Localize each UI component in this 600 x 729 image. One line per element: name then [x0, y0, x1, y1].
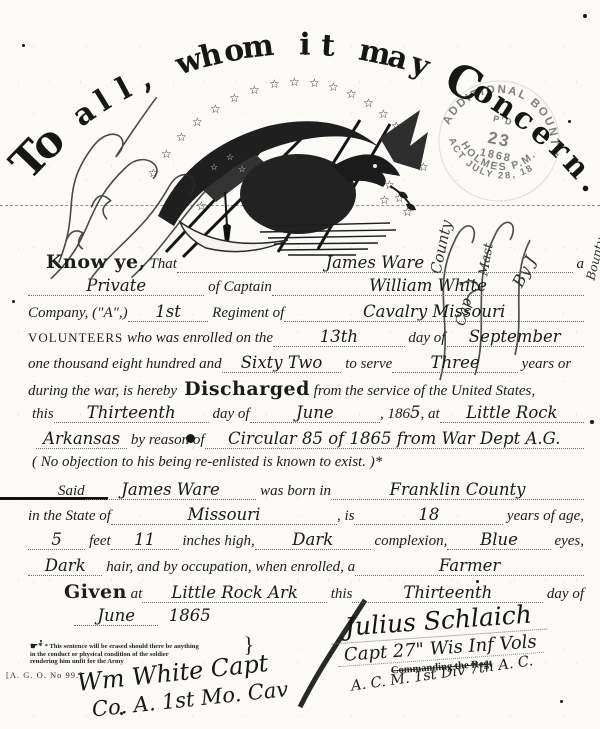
footnote-line3: rendering him unfit for the Army: [30, 658, 124, 665]
document-line: SaidJames Ware was born inFranklin Count…: [28, 480, 584, 505]
printed-text: by reason of: [127, 432, 204, 449]
printed-text: this: [327, 586, 352, 603]
printed-text: Regiment of: [208, 305, 284, 322]
document-line: thisThirteenth day ofJune, 1865, atLittl…: [28, 403, 584, 428]
printed-text: years of age,: [503, 508, 584, 525]
handwritten-text: Sixty Two: [222, 353, 342, 373]
printed-text: Know ye,: [46, 251, 146, 273]
printed-text: complexion,: [371, 533, 448, 550]
title-char: ,: [133, 61, 157, 97]
handwritten-text: 5: [28, 530, 85, 550]
pointing-hand-icon: ☛*: [30, 643, 43, 651]
printed-text: Discharged: [177, 378, 310, 400]
printed-text: to serve: [341, 356, 392, 373]
printed-text: this: [32, 406, 54, 423]
handwritten-text: Farmer: [355, 556, 584, 576]
footnote-brace: }: [243, 641, 254, 649]
paper-speck: [560, 700, 563, 703]
printed-text: was born in: [256, 483, 331, 500]
document-line: Know ye, ThatJames Ware a: [28, 251, 584, 276]
form-number: [A. G. O. No 99.]: [6, 670, 83, 680]
document-line: in the State ofMissouri, is18 years of a…: [28, 505, 584, 530]
document-line: one thousand eight hundred andSixty Two …: [28, 353, 584, 378]
printed-text: during the war, is hereby: [28, 383, 177, 400]
handwritten-text: Franklin County: [331, 480, 584, 500]
body-lines: Know ye, ThatJames Ware aPrivate of Capt…: [28, 251, 584, 632]
printed-text: , is: [337, 508, 355, 525]
handwritten-text: 1st: [128, 302, 209, 322]
title-char: i: [299, 27, 311, 62]
printed-text: in the State of: [28, 508, 111, 525]
document-line: Company, ("A",)1st Regiment ofCavalry Mi…: [28, 302, 584, 327]
printed-text: one thousand eight hundred and: [28, 356, 222, 373]
printed-text: from the service of the United States,: [310, 383, 535, 400]
handwritten-text: 11: [111, 530, 179, 550]
handwritten-text: William White: [272, 276, 584, 296]
document-page: To all, whom it may Concern. ☆☆☆☆☆☆☆☆☆☆☆…: [0, 0, 600, 729]
printed-text: of Captain: [204, 279, 272, 296]
paper-speck: [590, 420, 594, 424]
printed-text: a: [573, 256, 584, 273]
handwritten-text: Cavalry Missouri: [284, 302, 584, 322]
printed-text: day of: [209, 406, 250, 423]
title-char: l: [110, 71, 137, 107]
handwritten-text: June: [250, 403, 380, 423]
title-char: t: [320, 28, 336, 64]
document-line: 5 feet11 inches high,Dark complexion,Blu…: [28, 530, 584, 555]
printed-text: at: [127, 586, 142, 603]
title-char: y: [406, 45, 434, 84]
handwritten-text: Three: [392, 353, 518, 373]
document-line: ( No objection to his being re-enlisted …: [28, 454, 584, 479]
document-line: VOLUNTEERS who was enrolled on the13th d…: [28, 327, 584, 352]
handwritten-text: Thirteenth: [54, 403, 209, 423]
handwritten-text: Dark: [28, 556, 102, 576]
printed-text: ( No objection to his being re-enlisted …: [32, 454, 382, 471]
printed-text: , 186: [380, 406, 410, 423]
printed-text: Given: [64, 581, 127, 603]
handwritten-text: 5: [410, 403, 421, 422]
handwritten-text: 18: [354, 505, 503, 525]
printed-text: VOLUNTEERS: [28, 330, 123, 346]
handwritten-text: Little Rock: [440, 403, 584, 423]
printed-text: , at: [420, 406, 439, 423]
printed-text: years or: [518, 356, 571, 373]
document-line: Arkansas by reason ofCircular 85 of 1865…: [28, 429, 584, 454]
printed-text: feet: [85, 533, 110, 550]
paper-speck: [12, 300, 15, 303]
printed-text: Said: [58, 483, 85, 500]
handwritten-text: Arkansas: [36, 429, 127, 449]
handwritten-text: Circular 85 of 1865 from War Dept A.G.: [205, 429, 584, 449]
footnote-line1: * This sentence will be erased should th…: [45, 643, 199, 650]
printed-text: eyes,: [551, 533, 584, 550]
printed-text: That: [146, 256, 177, 273]
footnote-line2: in the conduct or physical condition of …: [30, 651, 169, 658]
handwritten-text: James Ware: [85, 480, 257, 500]
document-line: during the war, is hereby Discharged fro…: [28, 378, 584, 403]
arched-title: To all, whom it may Concern.: [0, 0, 600, 240]
document-line: Private of CaptainWilliam White: [28, 276, 584, 301]
printed-text: inches high,: [179, 533, 255, 550]
printed-text: day of: [405, 330, 446, 347]
handwritten-text: 1865: [158, 606, 210, 625]
document-line: Dark hair, and by occupation, when enrol…: [28, 556, 584, 581]
handwritten-text: September: [445, 327, 584, 347]
handwritten-text: Missouri: [111, 505, 337, 525]
title-char: m: [240, 28, 275, 66]
handwritten-text: Blue: [447, 530, 550, 550]
printed-text: Company, ("A",): [28, 305, 128, 322]
printed-text: hair, and by occupation, when enrolled, …: [102, 559, 355, 576]
handwritten-text: Dark: [255, 530, 371, 550]
handwritten-text: Little Rock Ark: [142, 583, 327, 603]
handwritten-text: June: [74, 606, 158, 626]
handwritten-text: Private: [28, 276, 204, 296]
handwritten-text: 13th: [273, 327, 405, 347]
handwritten-text: James Ware: [177, 253, 573, 273]
printed-text: who was enrolled on the: [123, 330, 273, 347]
